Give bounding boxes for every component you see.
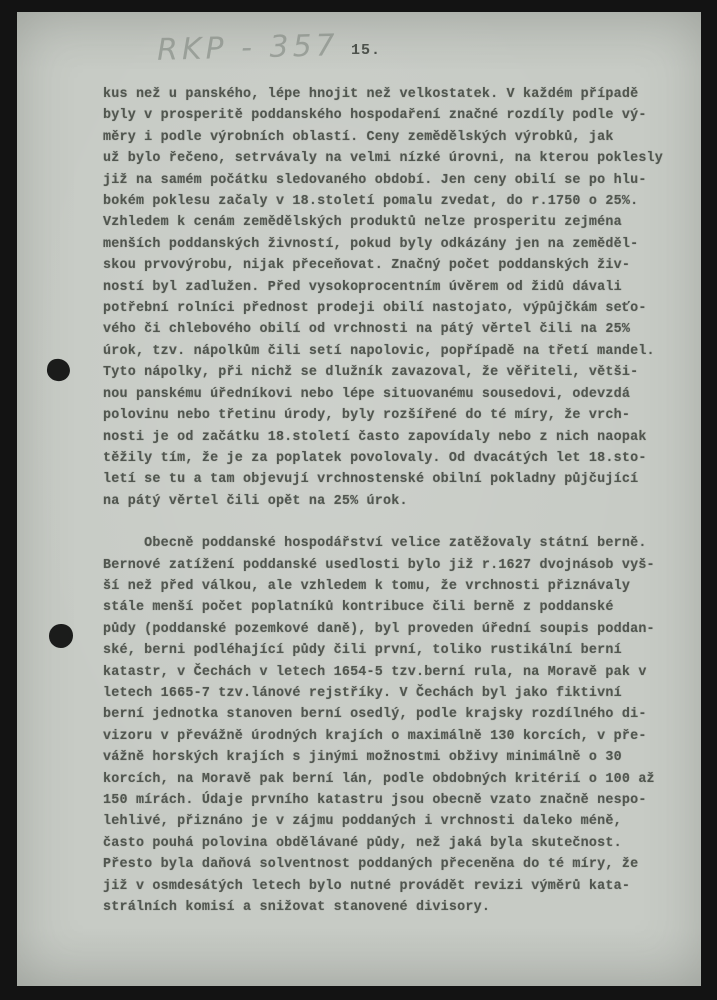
- page-number: 15.: [351, 42, 381, 59]
- handwritten-annotation: RKP - 357: [157, 27, 378, 68]
- hole-punch-top: [46, 358, 72, 383]
- paper-page: RKP - 357 15. kus než u panského, lépe h…: [17, 12, 701, 986]
- body-text: kus než u panského, lépe hnojit než velk…: [103, 84, 663, 918]
- hole-punch-bottom: [49, 624, 73, 648]
- paragraph-1: kus než u panského, lépe hnojit než velk…: [103, 84, 663, 512]
- paragraph-2: Obecně poddanské hospodářství velice zat…: [103, 533, 663, 918]
- scanned-document: RKP - 357 15. kus než u panského, lépe h…: [0, 0, 717, 1000]
